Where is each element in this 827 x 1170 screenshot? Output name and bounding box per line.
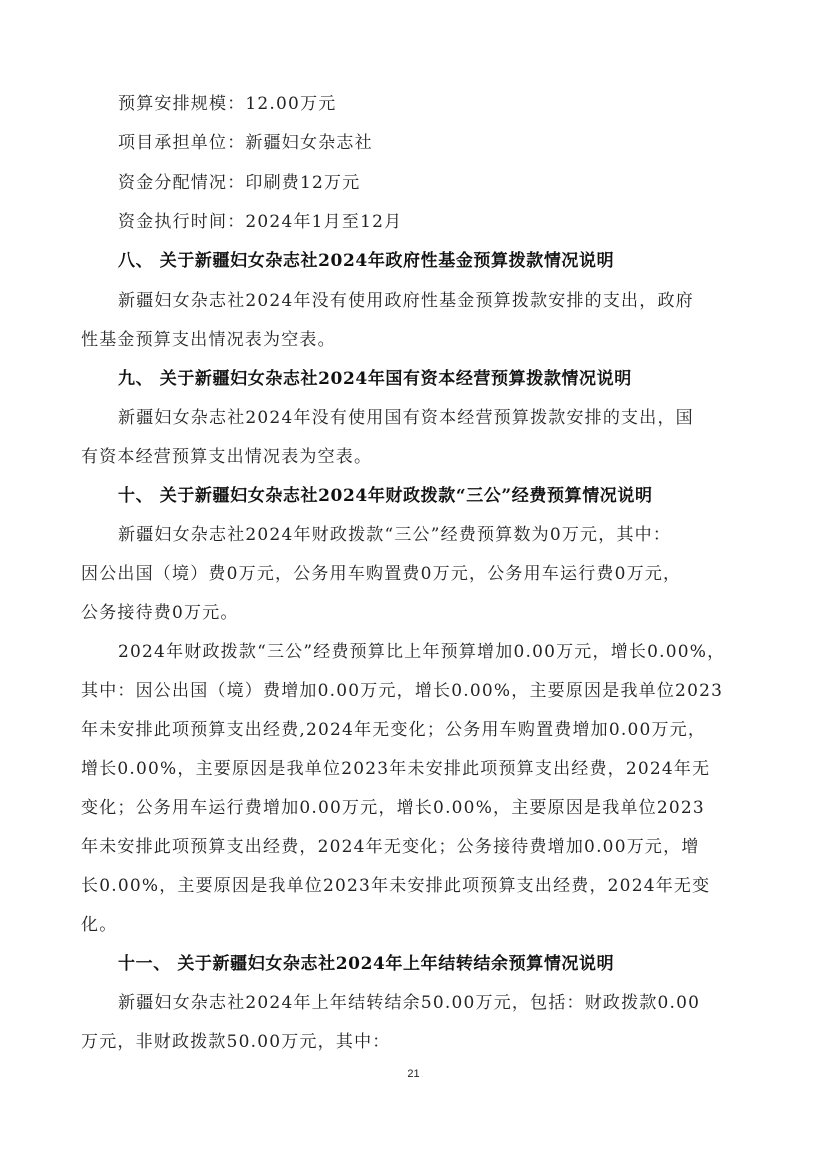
- section-11-paragraph-line-2: 万元，非财政拨款50.00万元，其中：: [81, 1031, 741, 1053]
- section-10-paragraph-1-line-1: 新疆妇女杂志社2024年财政拨款“三公”经费预算数为0万元，其中：: [118, 524, 778, 546]
- fund-allocation-line: 资金分配情况：印刷费12万元: [118, 172, 778, 194]
- section-10-paragraph-2-line-3: 年未安排此项预算支出经费,2024年无变化；公务用车购置费增加0.00万元，: [81, 719, 741, 741]
- section-10-paragraph-2-line-5: 变化；公务用车运行费增加0.00万元，增长0.00%，主要原因是我单位2023: [81, 797, 741, 819]
- document-page: 预算安排规模：12.00万元 项目承担单位：新疆妇女杂志社 资金分配情况：印刷费…: [0, 0, 827, 1170]
- section-10-paragraph-2-line-7: 长0.00%，主要原因是我单位2023年未安排此项预算支出经费，2024年无变: [81, 875, 741, 897]
- section-9-heading: 九、 关于新疆妇女杂志社2024年国有资本经营预算拨款情况说明: [118, 368, 778, 390]
- section-8-heading: 八、 关于新疆妇女杂志社2024年政府性基金预算拨款情况说明: [118, 250, 778, 272]
- section-10-heading: 十、 关于新疆妇女杂志社2024年财政拨款“三公”经费预算情况说明: [118, 485, 778, 507]
- section-9-paragraph-line-1: 新疆妇女杂志社2024年没有使用国有资本经营预算拨款安排的支出，国: [118, 407, 778, 429]
- section-9-paragraph-line-2: 有资本经营预算支出情况表为空表。: [81, 446, 741, 468]
- project-unit-line: 项目承担单位：新疆妇女杂志社: [118, 132, 778, 154]
- section-8-paragraph-line-2: 性基金预算支出情况表为空表。: [81, 329, 741, 351]
- budget-scale-line: 预算安排规模：12.00万元: [118, 93, 778, 115]
- section-11-paragraph-line-1: 新疆妇女杂志社2024年上年结转结余50.00万元，包括：财政拨款0.00: [118, 992, 778, 1014]
- section-10-paragraph-2-line-6: 年未安排此项预算支出经费，2024年无变化；公务接待费增加0.00万元，增: [81, 836, 741, 858]
- section-10-paragraph-1-line-2: 因公出国（境）费0万元，公务用车购置费0万元，公务用车运行费0万元，: [81, 563, 741, 585]
- section-11-heading: 十一、 关于新疆妇女杂志社2024年上年结转结余预算情况说明: [118, 953, 778, 975]
- section-10-paragraph-2-line-4: 增长0.00%，主要原因是我单位2023年未安排此项预算支出经费，2024年无: [81, 758, 741, 780]
- section-10-paragraph-2-line-8: 化。: [81, 914, 741, 936]
- page-number: 21: [0, 1068, 827, 1080]
- execution-time-line: 资金执行时间：2024年1月至12月: [118, 211, 778, 233]
- section-10-paragraph-2-line-2: 其中：因公出国（境）费增加0.00万元，增长0.00%，主要原因是我单位2023: [81, 680, 741, 702]
- section-10-paragraph-2-line-1: 2024年财政拨款“三公”经费预算比上年预算增加0.00万元，增长0.00%，: [118, 641, 778, 663]
- section-10-paragraph-1-line-3: 公务接待费0万元。: [81, 602, 741, 624]
- section-8-paragraph-line-1: 新疆妇女杂志社2024年没有使用政府性基金预算拨款安排的支出，政府: [118, 290, 778, 312]
